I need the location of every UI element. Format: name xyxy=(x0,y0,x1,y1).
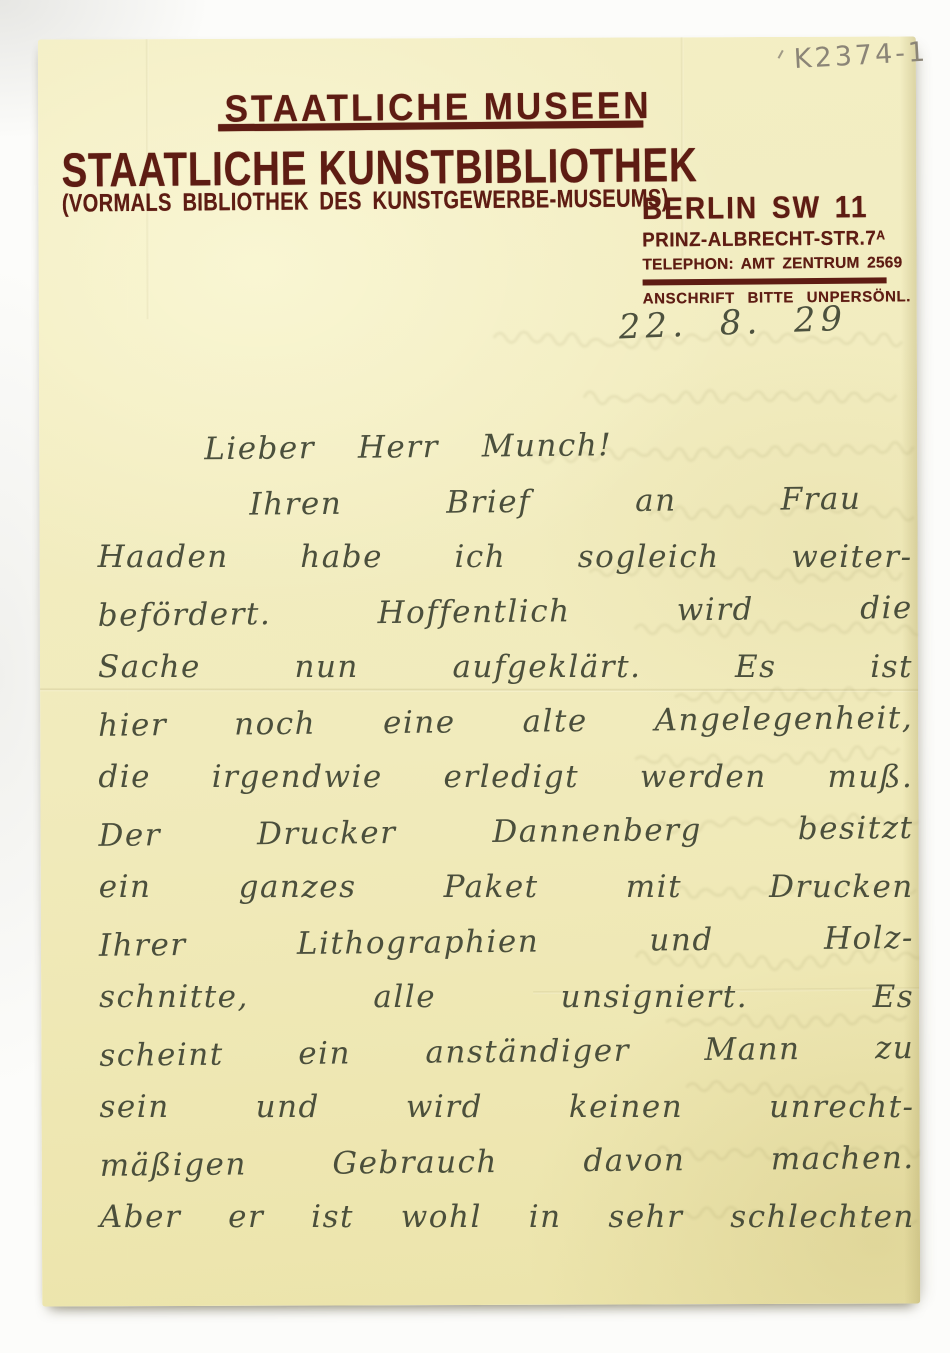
letterhead-address-block: BERLIN SW 11 PRINZ-ALBRECHT-STR.7A TELEP… xyxy=(642,189,893,307)
handwriting-line: die irgendwie erledigt werden muß. xyxy=(98,750,913,805)
letterhead-address-rule xyxy=(643,277,887,285)
handwriting-line: Ihren Brief an Frau xyxy=(249,472,861,533)
handwriting-line: Haaden habe ich sogleich weiter- xyxy=(98,530,913,585)
street-text: PRINZ-ALBRECHT-STR.7 xyxy=(642,228,876,252)
handwriting-line: scheint ein anständiger Mann zu xyxy=(99,1021,914,1084)
handwriting-line: Der Drucker Dannenberg besitzt xyxy=(98,801,913,864)
handwriting-line: Ihrer Lithographien und Holz- xyxy=(99,911,914,974)
handwriting-line: hier noch eine alte Angelegenheit, xyxy=(98,691,913,754)
handwriting-line: Sache nun aufgeklärt. Es ist xyxy=(98,640,913,695)
handwriting-line: mäßigen Gebrauch davon machen. xyxy=(99,1131,914,1194)
salutation-line: Lieber Herr Munch! xyxy=(204,418,613,477)
letterhead-former-name: (VORMALS BIBLIOTHEK DES KUNSTGEWERBE-MUS… xyxy=(62,184,669,218)
handwritten-letter-body: Lieber Herr Munch! Ihren Brief an FrauHa… xyxy=(97,418,915,1246)
letterhead-telephone: TELEPHON: AMT ZENTRUM 2569 xyxy=(642,254,892,274)
handwriting-line: ein ganzes Paket mit Drucken xyxy=(99,860,914,915)
handwriting-line: Aber er ist wohl in sehr schlechten xyxy=(100,1190,915,1245)
letter-text-lines: Ihren Brief an FrauHaaden habe ich sogle… xyxy=(97,473,915,1246)
handwriting-line: sein und wird keinen unrecht- xyxy=(100,1080,915,1135)
street-suffix: A xyxy=(876,227,885,242)
letterhead-street: PRINZ-ALBRECHT-STR.7A xyxy=(642,228,877,253)
letter-page: K2374-1 STAATLICHE MUSEEN STAATLICHE KUN… xyxy=(38,36,920,1306)
handwriting-line: befördert. Hoffentlich wird die xyxy=(98,581,913,644)
letterhead-city: BERLIN SW 11 xyxy=(642,189,892,226)
scanner-background: K2374-1 STAATLICHE MUSEEN STAATLICHE KUN… xyxy=(0,0,950,1353)
handwriting-line: schnitte, alle unsigniert. Es xyxy=(99,970,914,1025)
